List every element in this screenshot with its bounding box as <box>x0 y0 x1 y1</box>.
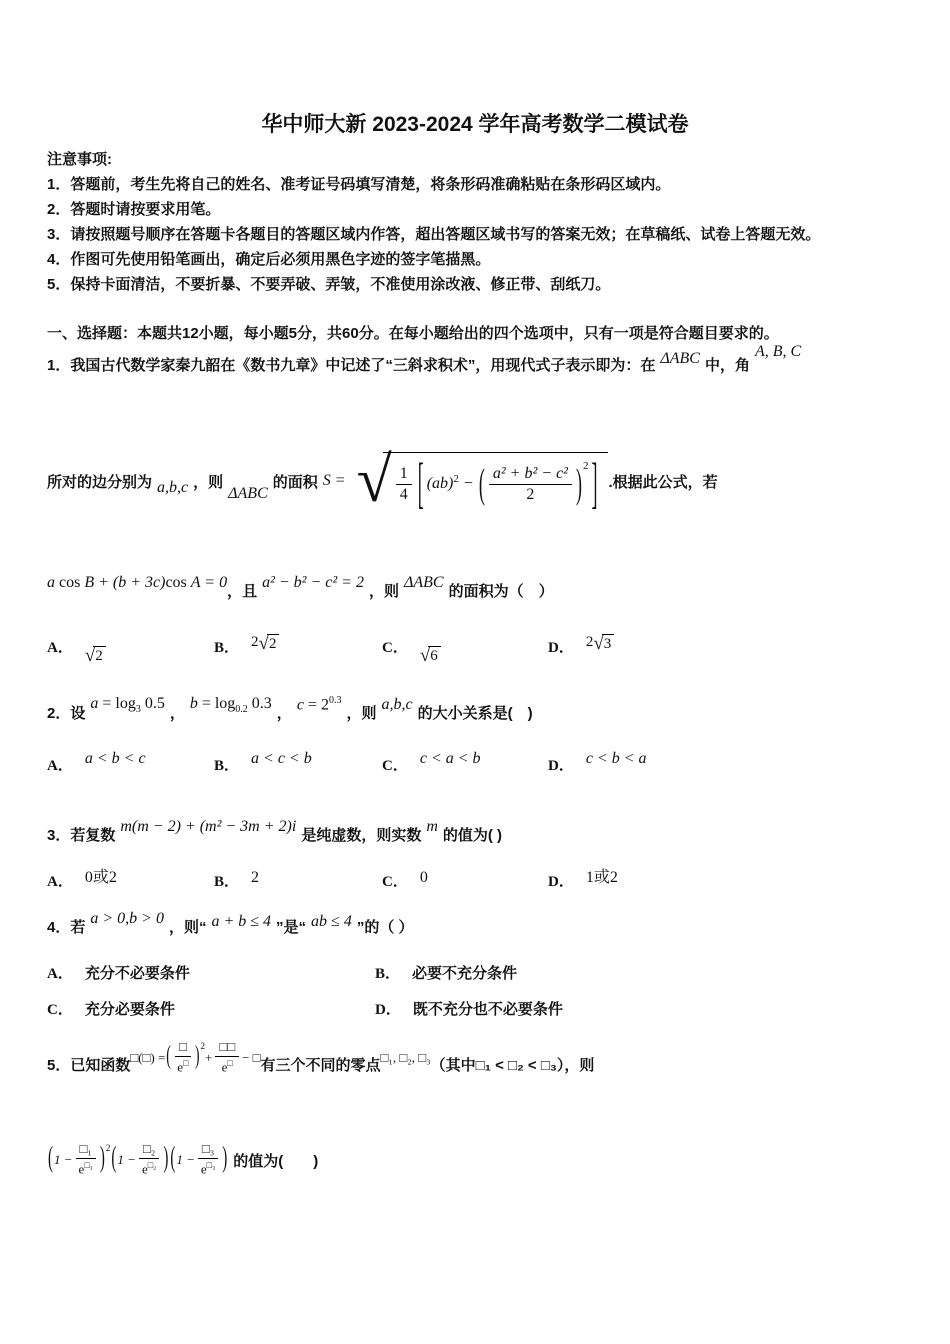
paren-open: ( <box>170 1143 175 1177</box>
q5-text-1: 5．已知函数 <box>47 1054 130 1075</box>
math-token: □₃ <box>198 1142 218 1159</box>
radicand: 3 <box>602 634 615 653</box>
option-value: 0 <box>420 869 428 886</box>
q2-def-b: b = log0.2 0.3 <box>190 695 272 715</box>
math-denominator: e□ <box>222 1057 233 1075</box>
question-1-line-1: 1．我国古代数学家秦九韶在《数书九章》中记述了“三斜求积术”，用现代式子表示即为… <box>47 354 917 375</box>
math-exponent: □₂ <box>148 1160 157 1170</box>
option-value: 充分不必要条件 <box>85 965 190 982</box>
radical: √3 <box>593 634 614 653</box>
math-exponent: □ <box>183 1058 188 1068</box>
q2-def-c: c = 20.3 <box>297 695 342 714</box>
option-label: C． <box>382 874 408 890</box>
q5-text-2: 有三个不同的零点 <box>261 1054 381 1075</box>
option-label: A． <box>47 966 73 982</box>
option-value: a < b < c <box>85 750 146 767</box>
q4-option-d: D．既不充分也不必要条件 <box>375 998 917 1019</box>
math-angles-abc: A, B, C <box>755 343 801 361</box>
option-value: 充分必要条件 <box>85 1001 175 1018</box>
math-token: = 2 <box>304 697 329 714</box>
fraction-one-fourth: 1 4 <box>396 465 412 505</box>
math-token: 2 <box>251 634 259 651</box>
q1-text-5: 的面积 <box>273 471 318 492</box>
question-3-line: 3．若复数 m(m − 2) + (m² − 3m + 2)i 是纯虚数，则实数… <box>47 812 917 856</box>
q4-text-1: 4．若 <box>47 916 85 937</box>
q3-text-3: 的值为( ) <box>443 824 502 845</box>
math-token: □□ <box>215 1040 239 1057</box>
option-value: c < b < a <box>586 750 647 767</box>
q2-comma: ， <box>277 702 292 723</box>
question-1-formula-line: 所对的边分别为 a,b,c ，则 ΔABC 的面积 S = √ 1 4 [ (a… <box>47 428 917 534</box>
q4-options-row-1: A．充分不必要条件 B．必要不充分条件 <box>47 962 917 983</box>
q5-product-expression: ( 1 − □₁e□₁ )2 ( 1 − □₂e□₂ ) ( 1 − □₃e□₃… <box>47 1142 228 1177</box>
q2-def-a: a = log3 0.5 <box>90 695 164 715</box>
option-label: A． <box>47 758 73 774</box>
q1-text-6: .根据此公式，若 <box>608 471 717 492</box>
math-triangle-abc: ΔABC <box>404 574 444 592</box>
math-exponent: 2 <box>453 473 459 485</box>
math-token: A = 0 <box>191 574 227 591</box>
q5-text-4: 的值为( ) <box>233 1150 318 1171</box>
option-value: 1或2 <box>586 869 618 886</box>
q1-equation-1: a cos B + (b + 3c)cos A = 0 <box>47 574 227 592</box>
q1-option-c: C．√6 <box>382 636 548 671</box>
radicand: 6 <box>428 646 441 665</box>
option-label: B． <box>214 758 239 774</box>
q1-equation-2: a² − b² − c² = 2 <box>262 574 364 592</box>
question-2-line: 2．设 a = log3 0.5 ， b = log0.2 0.3 ， c = … <box>47 690 917 734</box>
question-5-line-1: 5．已知函数 □(□) = ( □e□ )2 + □□e□ − □ 有三个不同的… <box>47 1036 917 1092</box>
q5-zero-points: □₁, □₂, □₃ <box>381 1050 431 1066</box>
math-sides-abc: a,b,c <box>157 479 188 497</box>
math-token: (ab) <box>427 475 454 493</box>
question-5-line-2: ( 1 − □₁e□₁ )2 ( 1 − □₂e□₂ ) ( 1 − □₃e□₃… <box>47 1128 917 1192</box>
q1-text-8: ，则 <box>369 580 399 601</box>
q3-options-row: A．0或2 B．2 C．0 D．1或2 <box>47 868 917 891</box>
question-1-condition-line: a cos B + (b + 3c)cos A = 0 ，且 a² − b² −… <box>47 570 917 610</box>
radical: √6 <box>420 646 441 665</box>
q3-text-1: 3．若复数 <box>47 824 115 845</box>
math-subscript: 0.2 <box>235 704 248 715</box>
math-token: 1 <box>396 465 412 485</box>
math-token: = log <box>98 695 135 712</box>
option-label: C． <box>47 1002 73 1018</box>
option-label: B． <box>214 640 239 656</box>
paren-open: ( <box>111 1143 116 1177</box>
math-token: 2 <box>526 485 534 504</box>
math-denominator: e□₁ <box>79 1159 93 1177</box>
paren-close: ) <box>576 460 582 508</box>
q2-option-b: B．a < c < b <box>214 754 382 775</box>
math-token: − □ <box>242 1050 260 1066</box>
math-token: b <box>190 695 198 712</box>
math-exponent: □ <box>227 1058 232 1068</box>
math-token: □(□) = <box>130 1050 165 1066</box>
math-token: 1 − <box>54 1152 73 1168</box>
math-exponent: □₃ <box>207 1160 216 1170</box>
radicand: 2 <box>267 634 280 653</box>
math-token: 0.3 <box>248 695 272 712</box>
math-token: 1 − <box>117 1152 136 1168</box>
q1-text-1: 1．我国古代数学家秦九韶在《数书九章》中记述了“三斜求积术”，用现代式子表示即为… <box>47 354 655 375</box>
option-value: 既不充分也不必要条件 <box>413 1001 563 1018</box>
fraction: □e□ <box>175 1040 191 1075</box>
option-label: B． <box>214 874 239 890</box>
math-token: S = <box>323 472 346 490</box>
math-denominator: e□ <box>177 1057 188 1075</box>
q2-option-d: D．c < b < a <box>548 754 917 775</box>
option-label: D． <box>548 640 574 656</box>
math-triangle-abc: ΔABC <box>228 485 268 503</box>
q2-text-1: 2．设 <box>47 702 85 723</box>
q5-text-3: （其中□₁ < □₂ < □₃），则 <box>431 1054 595 1075</box>
q4-text-3: ”是“ <box>276 916 306 937</box>
paren-open: ( <box>479 460 485 508</box>
q4-option-b: B．必要不充分条件 <box>375 962 917 983</box>
plus-sign: + <box>205 1050 212 1066</box>
math-exponent: 0.3 <box>329 695 342 706</box>
math-token: □₁ <box>76 1142 96 1159</box>
q1-options-row: A．√2 B．2√2 C．√6 D．2√3 <box>47 636 917 671</box>
q3-option-c: C．0 <box>382 870 548 891</box>
option-label: A． <box>47 874 73 890</box>
math-token: cos <box>165 574 190 591</box>
math-token: c <box>297 697 304 714</box>
paren-close: ) <box>163 1143 168 1177</box>
q4-text-2: ，则“ <box>169 916 207 937</box>
note-item-1: 1．答题前，考生先将自己的姓名、准考证号码填写清楚，将条形码准确粘贴在条形码区域… <box>47 172 917 197</box>
radicand: 2 <box>93 646 106 665</box>
math-denominator: e□₃ <box>201 1159 215 1177</box>
math-token: B + (b + 3c) <box>84 574 165 591</box>
q3-option-d: D．1或2 <box>548 868 917 891</box>
option-value: a < c < b <box>251 750 312 767</box>
q4-options-row-2: C．充分必要条件 D．既不充分也不必要条件 <box>47 998 917 1019</box>
q1-option-a: A．√2 <box>47 636 214 671</box>
q1-text-4: ，则 <box>193 471 223 492</box>
q1-text-9: 的面积为（ ） <box>449 580 554 601</box>
q4-text-4: ”的（ ） <box>357 916 414 937</box>
math-token: = log <box>198 695 235 712</box>
math-token: 4 <box>400 485 408 504</box>
q4-inequality-1: a + b ≤ 4 <box>211 913 271 931</box>
minus-sign: − <box>464 475 473 493</box>
option-label: C． <box>382 640 408 656</box>
q1-text-2: 中，角 <box>705 354 750 375</box>
fraction: □□e□ <box>215 1040 239 1075</box>
q2-option-c: C．c < a < b <box>382 754 548 775</box>
math-token: a² + b² − c² <box>489 465 572 485</box>
notes-heading: 注意事项: <box>47 147 917 172</box>
note-item-2: 2．答题时请按要求用笔。 <box>47 197 917 222</box>
math-denominator: e□₂ <box>142 1159 156 1177</box>
math-exponent: 2 <box>106 1143 111 1153</box>
math-token: 1 − <box>176 1152 195 1168</box>
math-token: 2 <box>586 634 594 651</box>
math-token: □ <box>175 1040 191 1057</box>
q1-text-7: ，且 <box>227 580 257 601</box>
paren-open: ( <box>48 1143 53 1177</box>
q3-text-2: 是纯虚数，则实数 <box>301 824 421 845</box>
q4-inequality-2: ab ≤ 4 <box>311 913 352 931</box>
paren-close: ) <box>222 1143 227 1177</box>
q2-options-row: A．a < b < c B．a < c < b C．c < a < b D．c … <box>47 754 917 775</box>
math-exponent: 2 <box>201 1041 206 1051</box>
q5-function-formula: □(□) = ( □e□ )2 + □□e□ − □ <box>130 1040 260 1075</box>
option-label: A． <box>47 640 73 656</box>
fraction-inner: a² + b² − c² 2 <box>489 465 572 505</box>
math-token: cos <box>55 574 84 591</box>
q4-condition: a > 0,b > 0 <box>90 910 164 928</box>
math-exponent: □₁ <box>84 1160 93 1170</box>
q3-complex-expression: m(m − 2) + (m² − 3m + 2)i <box>120 818 296 836</box>
option-label: D． <box>375 1002 401 1018</box>
q3-option-b: B．2 <box>214 870 382 891</box>
q2-option-a: A．a < b < c <box>47 754 214 775</box>
option-label: C． <box>382 758 408 774</box>
note-item-5: 5．保持卡面清洁，不要折暴、不要弄破、弄皱，不准使用涂改液、修正带、刮纸刀。 <box>47 272 917 297</box>
option-value: c < a < b <box>420 750 481 767</box>
option-label: D． <box>548 758 574 774</box>
q2-text-3: 的大小关系是( ) <box>418 702 533 723</box>
q1-option-b: B．2√2 <box>214 636 382 659</box>
math-abc: a,b,c <box>381 696 412 714</box>
fraction: □₂e□₂ <box>139 1142 159 1177</box>
page-title: 华中师大新 2023-2024 学年高考数学二模试卷 <box>0 108 950 138</box>
fraction: □₁e□₁ <box>76 1142 96 1177</box>
math-token: □₂ <box>139 1142 159 1159</box>
math-token: 0.5 <box>141 695 165 712</box>
option-label: B． <box>375 966 400 982</box>
notes-section: 注意事项: 1．答题前，考生先将自己的姓名、准考证号码填写清楚，将条形码准确粘贴… <box>47 147 917 297</box>
option-value: 0或2 <box>85 869 117 886</box>
fraction: □₃e□₃ <box>198 1142 218 1177</box>
bracket-open: [ <box>418 452 424 517</box>
q3-option-a: A．0或2 <box>47 868 214 891</box>
section-1-heading: 一、选择题：本题共12小题，每小题5分，共60分。在每小题给出的四个选项中，只有… <box>47 322 917 343</box>
paren-close: ) <box>195 1043 200 1073</box>
note-item-4: 4．作图可先使用铅笔画出，确定后必须用黑色字迹的签字笔描黑。 <box>47 247 917 272</box>
radical: √2 <box>259 634 280 653</box>
option-value: 2 <box>251 869 259 886</box>
q2-text-2: ，则 <box>346 702 376 723</box>
exam-paper-page: 华中师大新 2023-2024 学年高考数学二模试卷 注意事项: 1．答题前，考… <box>0 0 950 1344</box>
math-token: a <box>47 574 55 591</box>
math-triangle-abc: ΔABC <box>660 350 700 368</box>
q4-option-c: C．充分必要条件 <box>47 998 375 1019</box>
radical: √2 <box>85 646 106 665</box>
paren-close: ) <box>100 1143 105 1177</box>
math-exponent: 2 <box>583 460 589 472</box>
paren-open: ( <box>166 1043 171 1073</box>
math-m: m <box>426 818 438 836</box>
note-item-3: 3．请按照题号顺序在答题卡各题目的答题区域内作答，超出答题区域书写的答案无效；在… <box>47 222 917 247</box>
option-value: 必要不充分条件 <box>412 965 517 982</box>
option-label: D． <box>548 874 574 890</box>
q4-option-a: A．充分不必要条件 <box>47 962 375 983</box>
question-4-line: 4．若 a > 0,b > 0 ，则“ a + b ≤ 4 ”是“ ab ≤ 4… <box>47 904 917 948</box>
radicand: 1 4 [ (ab)2 − ( a² + b² − c² 2 )2 ] <box>383 452 609 509</box>
q1-option-d: D．2√3 <box>548 636 917 659</box>
bracket-close: ] <box>591 452 597 517</box>
q1-text-3: 所对的边分别为 <box>47 471 152 492</box>
radical-expression: √ 1 4 [ (ab)2 − ( a² + b² − c² 2 )2 ] <box>357 452 609 511</box>
q2-comma: ， <box>170 702 185 723</box>
